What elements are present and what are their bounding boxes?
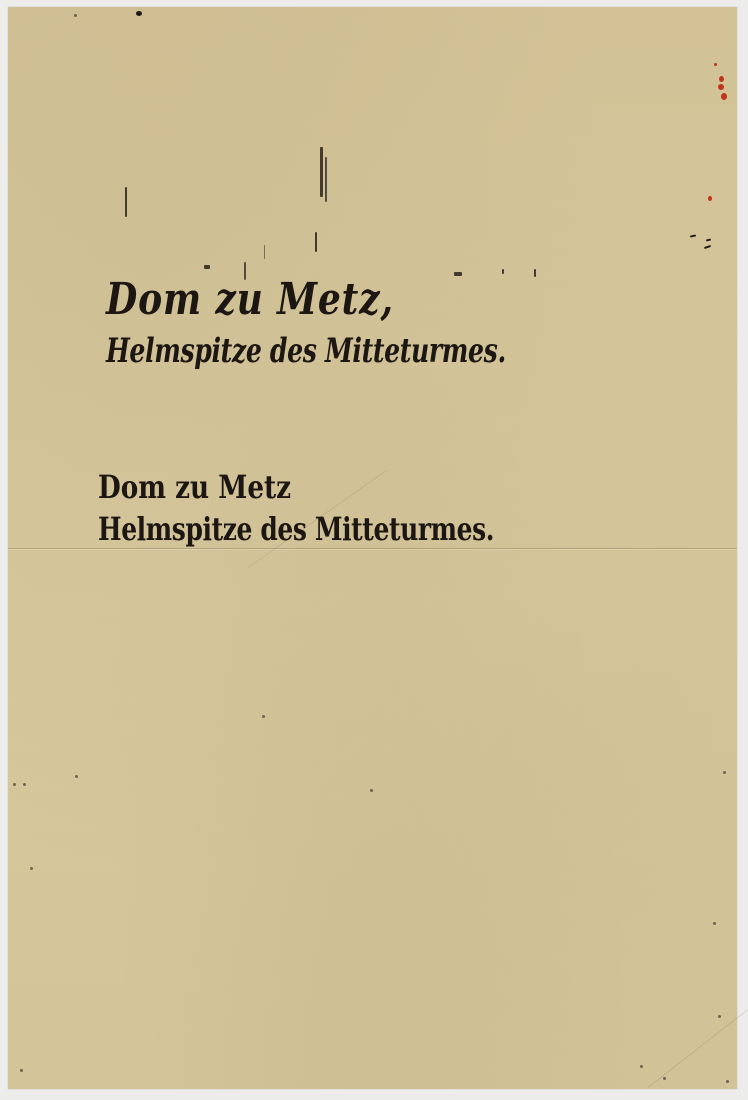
red-ink-mark <box>718 84 724 90</box>
paper-speck <box>20 1069 23 1072</box>
paper-speck <box>23 783 26 786</box>
paper-speck <box>713 922 716 925</box>
red-ink-mark <box>708 196 712 201</box>
diagonal-crease <box>648 982 748 1087</box>
paper-speck <box>663 1077 666 1080</box>
ink-mark <box>706 239 711 242</box>
paper-speck <box>75 775 78 778</box>
paper-speck <box>30 867 33 870</box>
paper-speck <box>718 1015 721 1018</box>
plain-title-line1: Dom zu Metz <box>98 465 514 509</box>
ink-mark <box>125 187 127 217</box>
red-ink-mark <box>714 63 717 66</box>
paper-speck <box>262 715 265 718</box>
plain-title-line2: Helmspitze des Mitteturmes. <box>98 509 494 549</box>
paper-speck <box>640 1065 643 1068</box>
ink-mark <box>136 11 142 16</box>
scanned-document: Dom zu Metz, Helmspitze des Mitteturmes.… <box>0 0 748 1100</box>
ink-mark <box>315 232 317 252</box>
paper-sheet: Dom zu Metz, Helmspitze des Mitteturmes.… <box>8 7 737 1089</box>
red-ink-mark <box>719 76 724 82</box>
ornate-title-block: Dom zu Metz, Helmspitze des Mitteturmes. <box>106 269 646 371</box>
ornate-title-line2: Helmspitze des Mitteturmes. <box>106 331 506 371</box>
paper-speck <box>74 14 77 17</box>
paper-speck <box>723 771 726 774</box>
ink-mark <box>690 234 696 237</box>
ink-mark <box>325 157 327 202</box>
ink-mark <box>320 147 323 197</box>
plain-title-block: Dom zu Metz Helmspitze des Mitteturmes. <box>98 465 606 549</box>
ink-mark <box>264 245 265 259</box>
ornate-title-line1: Dom zu Metz, <box>106 269 549 331</box>
red-ink-mark <box>721 93 727 100</box>
paper-speck <box>370 789 373 792</box>
paper-speck <box>13 783 16 786</box>
paper-speck <box>726 1080 729 1083</box>
ink-mark <box>704 245 711 249</box>
